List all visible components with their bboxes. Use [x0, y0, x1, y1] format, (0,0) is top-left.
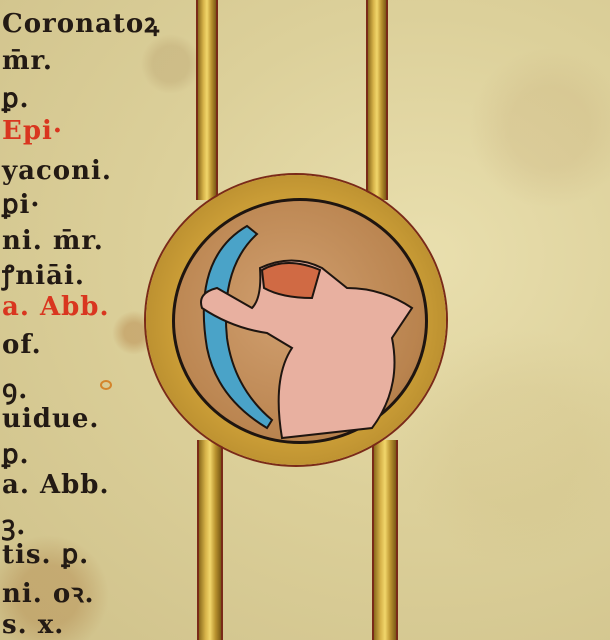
gold-rule-left-top: [196, 0, 218, 200]
scythe-figure-illustration: [172, 198, 428, 444]
calendar-text-line: ꝑi·: [2, 190, 40, 220]
calendar-text-line: m̄r.: [2, 46, 53, 76]
calendar-text-line: ni. oꝛ.: [2, 574, 95, 610]
gold-rule-right-bottom: [372, 440, 398, 640]
calendar-text-line: Coronatoꝝ: [2, 4, 160, 40]
calendar-text-line: a. Abb.: [2, 470, 110, 500]
calendar-text-line: yaconi.: [2, 156, 112, 186]
gold-rule-right-top: [366, 0, 388, 200]
calendar-text-line: ꝯ.: [2, 370, 28, 406]
calendar-text-line: uidue.: [2, 404, 99, 434]
calendar-text-line: tis. ꝑ.: [2, 540, 89, 570]
calendar-text-line: ꝭniāi.: [2, 256, 85, 292]
calendar-text-line: ꝑ.: [2, 440, 30, 470]
calendar-text-line: s. x.: [2, 610, 64, 640]
calendar-text-line: Epi·: [2, 116, 63, 146]
calendar-text-line: ni. m̄r.: [2, 226, 104, 256]
calendar-text-line: a. Abb.: [2, 292, 110, 322]
calendar-text-line: of.: [2, 330, 42, 360]
calendar-text-line: ꝑ.: [2, 84, 30, 114]
gold-rule-left-bottom: [197, 440, 223, 640]
ink-dot-decoration: [100, 380, 112, 390]
calendar-text-line: ꝫ.: [2, 506, 26, 542]
